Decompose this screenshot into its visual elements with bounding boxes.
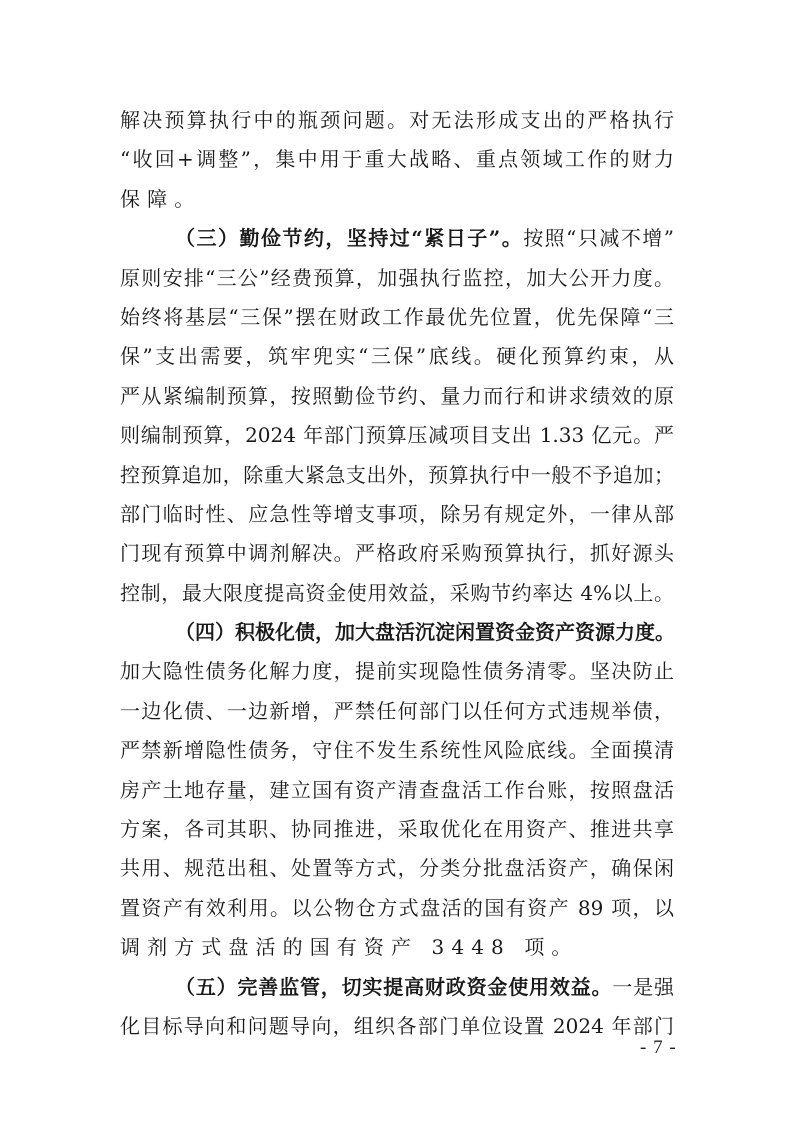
text-line: 部门临时性、应急性等增支事项，除另有规定外，一律从部 — [120, 495, 674, 534]
section-heading-4: （四）积极化债，加大盘活沉淀闲置资金资产资源力度。 — [175, 620, 675, 644]
text-line: 保”支出需要，筑牢兜实“三保”底线。硬化预算约束，从 — [120, 337, 674, 376]
text-fragment: 一是强 — [612, 975, 674, 999]
text-line: 控预算追加，除重大紧急支出外，预算执行中一般不予追加； — [120, 456, 674, 495]
text-line: 严从紧编制预算，按照勤俭节约、量力而行和讲求绩效的原 — [120, 377, 674, 416]
section-heading-line-3: （三）勤俭节约，坚持过“紧日子”。按照“只减不增” — [120, 219, 674, 258]
text-line: 解决预算执行中的瓶颈问题。对无法形成支出的严格执行 — [120, 101, 674, 140]
section-heading-5: （五）完善监管，切实提高财政资金使用效益。 — [175, 975, 612, 999]
section-heading-line-5: （五）完善监管，切实提高财政资金使用效益。一是强 — [120, 968, 674, 1007]
text-line: 则编制预算，2024 年部门预算压减项目支出 1.33 亿元。严 — [120, 416, 674, 455]
text-line: 一边化债、一边新增，严禁任何部门以任何方式违规举债， — [120, 692, 674, 731]
text-line: 共用、规范出租、处置等方式，分类分批盘活资产，确保闲 — [120, 849, 674, 888]
text-line: 门现有预算中调剂解决。严格政府采购预算执行，抓好源头 — [120, 534, 674, 573]
text-line: 方案，各司其职、协同推进，采取优化在用资产、推进共享 — [120, 810, 674, 849]
text-fragment: 按照“只减不增” — [523, 226, 674, 250]
text-line: 加大隐性债务化解力度，提前实现隐性债务清零。坚决防止 — [120, 652, 674, 691]
text-line: 化目标导向和问题导向，组织各部门单位设置 2024 年部门 — [120, 1007, 674, 1046]
section-heading-line-4: （四）积极化债，加大盘活沉淀闲置资金资产资源力度。 — [120, 613, 674, 652]
text-line: 严禁新增隐性债务，守住不发生系统性风险底线。全面摸清 — [120, 731, 674, 770]
text-line: 始终将基层“三保”摆在财政工作最优先位置，优先保障“三 — [120, 298, 674, 337]
text-line: “收回+调整”，集中用于重大战略、重点领域工作的财力 — [120, 140, 674, 179]
section-heading-3: （三）勤俭节约，坚持过“紧日子”。 — [175, 226, 523, 250]
text-line: 调剂方式盘活的国有资产 3448 项。 — [120, 928, 680, 967]
text-line: 保障。 — [120, 180, 680, 219]
document-page: 解决预算执行中的瓶颈问题。对无法形成支出的严格执行 “收回+调整”，集中用于重大… — [0, 0, 793, 1122]
page-number: - 7 - — [640, 1037, 677, 1059]
text-line: 房产土地存量，建立国有资产清查盘活工作台账，按照盘活 — [120, 771, 674, 810]
text-line: 置资产有效利用。以公物仓方式盘活的国有资产 89 项，以 — [120, 889, 674, 928]
body-text: 解决预算执行中的瓶颈问题。对无法形成支出的严格执行 “收回+调整”，集中用于重大… — [120, 101, 680, 1046]
text-line: 控制，最大限度提高资金使用效益，采购节约率达 4%以上。 — [120, 574, 674, 613]
text-line: 原则安排“三公”经费预算，加强执行监控，加大公开力度。 — [120, 259, 674, 298]
